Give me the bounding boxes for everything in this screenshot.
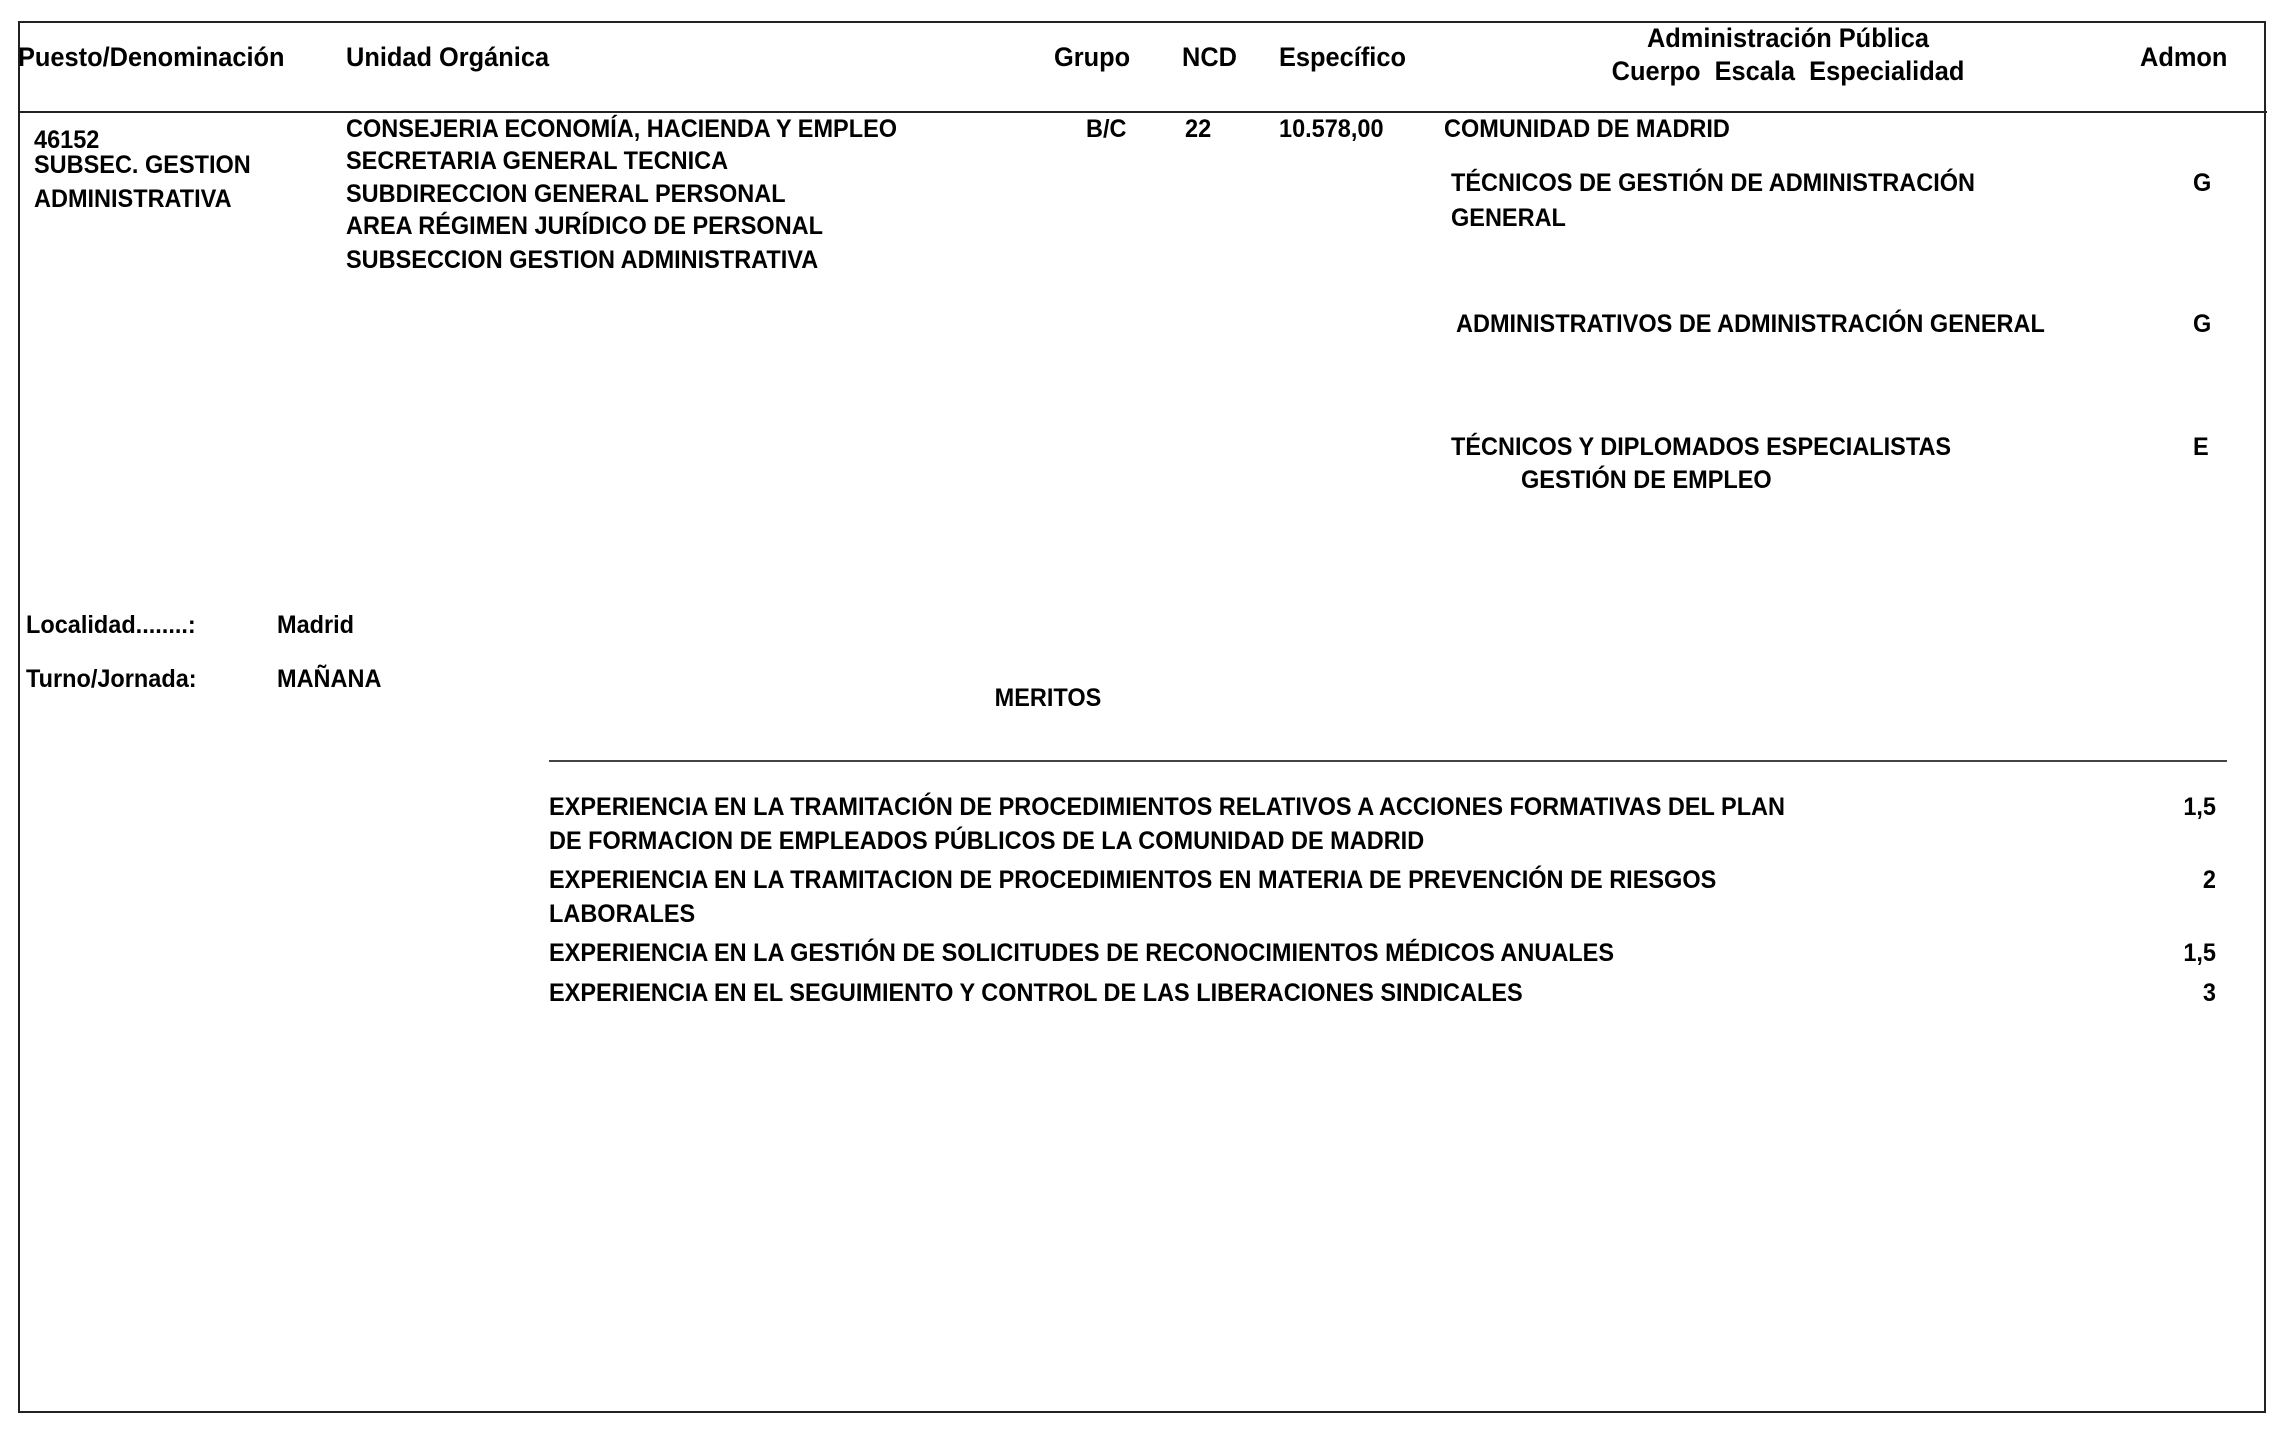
- merito-1-line2: DE FORMACION DE EMPLEADOS PÚBLICOS DE LA…: [549, 826, 1424, 856]
- merito-3-puntos: 1,5: [2122, 938, 2216, 968]
- turno-label: Turno/Jornada:: [26, 664, 197, 694]
- merito-2-puntos: 2: [2122, 865, 2216, 895]
- meritos-divider: [549, 760, 2227, 762]
- cuerpo-1-admon: G: [2193, 168, 2211, 198]
- header-especifico: Específico: [1279, 42, 1406, 72]
- cuerpo-2-admon: G: [2193, 309, 2211, 339]
- administracion-value: COMUNIDAD DE MADRID: [1444, 114, 1730, 144]
- cuerpo-3-line1: TÉCNICOS Y DIPLOMADOS ESPECIALISTAS: [1451, 432, 1951, 462]
- header-unidad: Unidad Orgánica: [346, 42, 549, 72]
- puesto-denominacion-1: SUBSEC. GESTION: [34, 150, 251, 180]
- merito-4-line1: EXPERIENCIA EN EL SEGUIMIENTO Y CONTROL …: [549, 978, 1523, 1008]
- header-puesto: Puesto/Denominación: [18, 42, 285, 72]
- header-ncd: NCD: [1182, 42, 1237, 72]
- header-grupo: Grupo: [1054, 42, 1130, 72]
- localidad-value: Madrid: [277, 610, 354, 640]
- merito-1-puntos: 1,5: [2122, 792, 2216, 822]
- header-admin-publica: Administración Pública: [1506, 23, 2070, 53]
- localidad-label: Localidad........:: [26, 610, 196, 640]
- unidad-line: SUBSECCION GESTION ADMINISTRATIVA: [346, 245, 818, 275]
- cuerpo-2-line1: ADMINISTRATIVOS DE ADMINISTRACIÓN GENERA…: [1456, 309, 2045, 339]
- cuerpo-1-line2: GENERAL: [1451, 203, 1566, 233]
- cuerpo-3-admon: E: [2193, 432, 2209, 462]
- cuerpo-3-line2: GESTIÓN DE EMPLEO: [1521, 465, 1772, 495]
- grupo-value: B/C: [1086, 114, 1126, 144]
- ncd-value: 22: [1185, 114, 1211, 144]
- meritos-title: MERITOS: [954, 683, 1142, 713]
- especifico-value: 10.578,00: [1279, 114, 1384, 144]
- merito-1-line1: EXPERIENCIA EN LA TRAMITACIÓN DE PROCEDI…: [549, 792, 1785, 822]
- unidad-line: SUBDIRECCION GENERAL PERSONAL: [346, 179, 786, 209]
- puesto-denominacion-2: ADMINISTRATIVA: [34, 184, 232, 214]
- merito-2-line2: LABORALES: [549, 899, 695, 929]
- cuerpo-1-line1: TÉCNICOS DE GESTIÓN DE ADMINISTRACIÓN: [1451, 168, 1975, 198]
- unidad-line: SECRETARIA GENERAL TECNICA: [346, 146, 728, 176]
- unidad-line: AREA RÉGIMEN JURÍDICO DE PERSONAL: [346, 211, 823, 241]
- turno-value: MAÑANA: [277, 664, 381, 694]
- unidad-line: CONSEJERIA ECONOMÍA, HACIENDA Y EMPLEO: [346, 114, 897, 144]
- header-admon: Admon: [2140, 42, 2227, 72]
- header-separator: [18, 111, 2267, 113]
- merito-2-line1: EXPERIENCIA EN LA TRAMITACION DE PROCEDI…: [549, 865, 1716, 895]
- header-cuerpo-escala: Cuerpo Escala Especialidad: [1506, 56, 2070, 86]
- merito-4-puntos: 3: [2122, 978, 2216, 1008]
- merito-3-line1: EXPERIENCIA EN LA GESTIÓN DE SOLICITUDES…: [549, 938, 1614, 968]
